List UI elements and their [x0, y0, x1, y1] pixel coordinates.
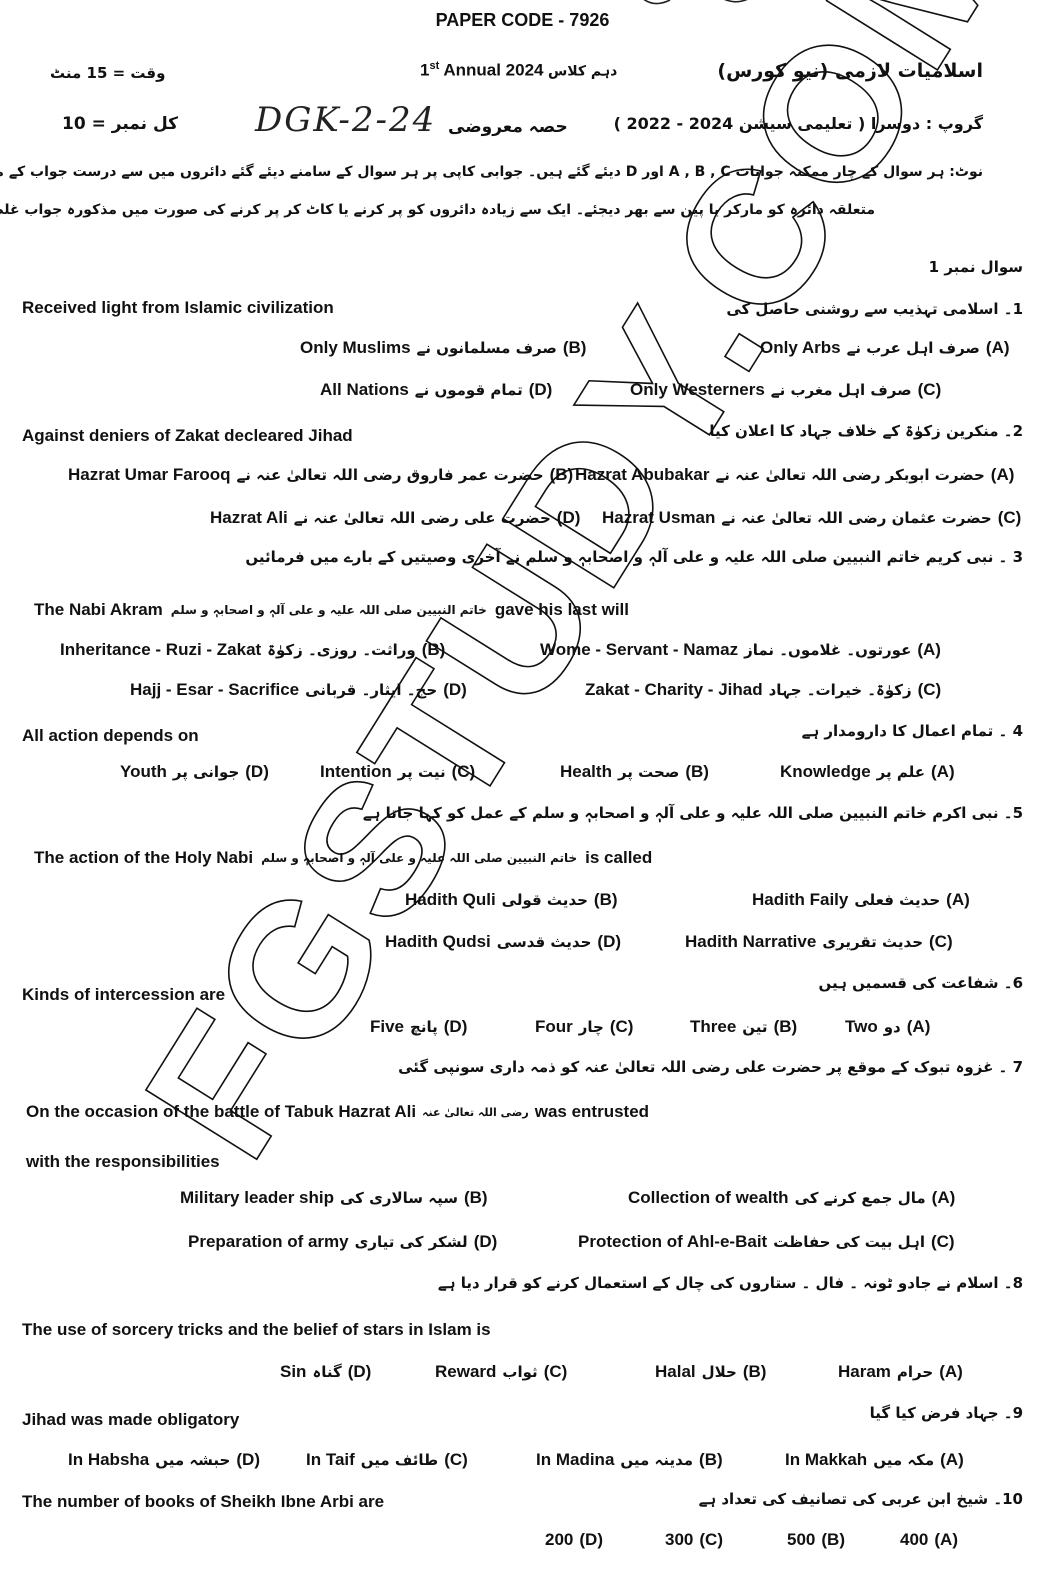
stamp-fragment-icon	[640, 0, 770, 8]
question-7-english-line-2: with the responsibilities	[26, 1152, 220, 1172]
option-letter: (B)	[821, 1530, 845, 1550]
option-urdu: حدیث فعلی	[854, 891, 940, 909]
group-session: گروپ : دوسرا ( تعلیمی سیشن 2024 - 2022 )	[614, 114, 983, 133]
option-urdu: حدیث تقریری	[822, 933, 923, 951]
option-urdu: نیت پر	[398, 763, 446, 781]
option-6-c[interactable]: Fourچار(C)	[535, 1017, 633, 1037]
question-3-urdu: 3 ۔ نبی کریم خاتم النبیین صلی اللہ علیہ …	[245, 548, 1023, 566]
option-3-d[interactable]: Hajj - Esar - Sacrificeحج۔ ایثار۔ قربانی…	[130, 680, 467, 700]
question-10-english: The number of books of Sheikh Ibne Arbi …	[22, 1492, 384, 1512]
option-1-d[interactable]: All Nationsتمام قوموں نے(D)	[320, 380, 552, 400]
option-letter: (B)	[464, 1188, 488, 1208]
option-urdu: سپہ سالاری کی	[340, 1189, 458, 1207]
question-heading: سوال نمبر 1	[929, 258, 1023, 276]
option-english: Hadith Faily	[752, 890, 848, 910]
option-letter: (B)	[594, 890, 618, 910]
option-english: In Habsha	[68, 1450, 149, 1470]
option-english: All Nations	[320, 380, 409, 400]
question-2-urdu: 2۔ منکرین زکوٰۃ کے خلاف جہاد کا اعلان کی…	[709, 422, 1023, 440]
option-7-a[interactable]: Collection of wealthمال جمع کرنے کی(A)	[628, 1188, 955, 1208]
option-letter: (B)	[550, 465, 574, 485]
option-english: Only Muslims	[300, 338, 411, 358]
option-letter: (A)	[932, 1188, 956, 1208]
option-urdu: حلال	[702, 1363, 737, 1381]
option-3-a[interactable]: Wome - Servant - Namazعورتوں۔ غلاموں۔ نم…	[540, 640, 941, 660]
question-text-post: is called	[585, 848, 652, 868]
option-urdu: وراثت۔ روزی۔ زکوٰۃ	[267, 641, 416, 659]
option-urdu: زکوٰۃ۔ خیرات۔ جہاد	[769, 681, 912, 699]
option-2-d[interactable]: Hazrat Aliحضرت علی رضی اللہ تعالیٰ عنہ ن…	[210, 508, 580, 528]
option-english: Hadith Qudsi	[385, 932, 491, 952]
exam-rest: Annual 2024	[439, 60, 543, 79]
option-urdu: تین	[742, 1018, 767, 1036]
total-marks: کل نمبر = 10	[62, 114, 178, 134]
instructions-line-1: نوٹ: ہر سوال کے چار ممکنہ جوابات A , B ,…	[0, 164, 983, 180]
option-letter: (A)	[931, 762, 955, 782]
option-english: Hazrat Usman	[602, 508, 715, 528]
option-english: Sin	[280, 1362, 306, 1382]
option-8-b[interactable]: Halalحلال(B)	[655, 1362, 766, 1382]
option-letter: (D)	[348, 1362, 372, 1382]
question-10-urdu: 10۔ شیخ ابن عربی کی تصانیف کی تعداد ہے	[699, 1490, 1023, 1508]
option-english: Only Arbs	[760, 338, 841, 358]
option-1-b[interactable]: Only Muslimsصرف مسلمانوں نے(B)	[300, 338, 586, 358]
time-allowed: وقت = 15 منٹ	[50, 64, 165, 82]
option-urdu: طائف میں	[361, 1451, 438, 1469]
option-3-b[interactable]: Inheritance - Ruzi - Zakatوراثت۔ روزی۔ ز…	[60, 640, 445, 660]
option-6-b[interactable]: Threeتین(B)	[690, 1017, 797, 1037]
option-english: Preparation of army	[188, 1232, 349, 1252]
option-urdu: حدیث قولی	[502, 891, 588, 909]
option-letter: (D)	[597, 932, 621, 952]
subject-title: اسلامیات لازمی (نیو کورس)	[717, 60, 983, 82]
option-5-d[interactable]: Hadith Qudsiحدیث قدسی(D)	[385, 932, 621, 952]
question-3-english: The Nabi Akramخاتم النبیین صلی اللہ علیہ…	[34, 600, 629, 620]
option-urdu: ثواب	[502, 1363, 537, 1381]
exam-title: 1st Annual 2024 دہم کلاس	[420, 60, 617, 80]
option-letter: (C)	[931, 1232, 955, 1252]
option-english: Halal	[655, 1362, 696, 1382]
option-english: Zakat - Charity - Jihad	[585, 680, 763, 700]
option-9-d[interactable]: In Habshaحبشہ میں(D)	[68, 1450, 260, 1470]
class-label: دہم کلاس	[548, 63, 617, 79]
option-5-b[interactable]: Hadith Quliحدیث قولی(B)	[405, 890, 618, 910]
question-7-english: On the occasion of the battle of Tabuk H…	[26, 1102, 649, 1122]
question-2-english: Against deniers of Zakat decleared Jihad	[22, 426, 353, 446]
question-8-english: The use of sorcery tricks and the belief…	[22, 1320, 491, 1340]
option-5-a[interactable]: Hadith Failyحدیث فعلی(A)	[752, 890, 970, 910]
option-letter: (C)	[444, 1450, 468, 1470]
option-letter: (B)	[743, 1362, 767, 1382]
option-letter: (B)	[563, 338, 587, 358]
question-text-post: was entrusted	[535, 1102, 649, 1122]
option-letter: (C)	[452, 762, 476, 782]
option-urdu: عورتوں۔ غلاموں۔ نماز	[744, 641, 911, 659]
option-english: Knowledge	[780, 762, 871, 782]
option-urdu: حبشہ میں	[155, 1451, 230, 1469]
option-letter: (A)	[946, 890, 970, 910]
option-english: Haram	[838, 1362, 891, 1382]
option-letter: (A)	[917, 640, 941, 660]
option-7-b[interactable]: Military leader shipسپہ سالاری کی(B)	[180, 1188, 488, 1208]
question-8-urdu: 8۔ اسلام نے جادو ٹونہ ۔ فال ۔ ستاروں کی …	[438, 1274, 1023, 1292]
option-urdu: صحت پر	[618, 763, 679, 781]
option-urdu: صرف اہل مغرب نے	[771, 381, 912, 399]
option-letter: (C)	[544, 1362, 568, 1382]
option-4-b[interactable]: Healthصحت پر(B)	[560, 762, 709, 782]
option-6-d[interactable]: Fiveپانچ(D)	[370, 1017, 467, 1037]
option-5-c[interactable]: Hadith Narrativeحدیث تقریری(C)	[685, 932, 953, 952]
question-5-urdu: 5۔ نبی اکرم خاتم النبیین صلی اللہ علیہ و…	[363, 804, 1023, 822]
option-english: Only Westerners	[630, 380, 765, 400]
option-10-b[interactable]: 500(B)	[787, 1530, 845, 1550]
option-letter: (A)	[991, 465, 1015, 485]
option-urdu: صرف مسلمانوں نے	[417, 339, 557, 357]
question-7-urdu: 7 ۔ غزوہ تبوک کے موقع پر حضرت علی رضی ال…	[398, 1058, 1023, 1076]
option-letter: (C)	[918, 380, 942, 400]
option-english: Hadith Quli	[405, 890, 496, 910]
option-english: Health	[560, 762, 612, 782]
question-4-urdu: 4 ۔ تمام اعمال کا دارومدار ہے	[802, 722, 1023, 740]
option-letter: (A)	[986, 338, 1010, 358]
option-letter: (B)	[685, 762, 709, 782]
option-letter: (D)	[557, 508, 581, 528]
option-english: Two	[845, 1017, 878, 1037]
option-3-c[interactable]: Zakat - Charity - Jihadزکوٰۃ۔ خیرات۔ جہا…	[585, 680, 941, 700]
question-9-urdu: 9۔ جہاد فرض کیا گیا	[870, 1404, 1023, 1422]
option-2-a[interactable]: Hazrat Abubakarحضرت ابوبکر رضی اللہ تعال…	[575, 465, 1014, 485]
option-10-d[interactable]: 200(D)	[545, 1530, 603, 1550]
option-english: Intention	[320, 762, 392, 782]
option-urdu: صرف اہل عرب نے	[847, 339, 980, 357]
option-english: In Taif	[306, 1450, 355, 1470]
option-9-c[interactable]: In Taifطائف میں(C)	[306, 1450, 468, 1470]
option-letter: (C)	[929, 932, 953, 952]
option-4-c[interactable]: Intentionنیت پر(C)	[320, 762, 475, 782]
option-2-b[interactable]: Hazrat Umar Farooqحضرت عمر فاروق رضی الل…	[68, 465, 573, 485]
option-letter: (A)	[934, 1530, 958, 1550]
question-text-honorific: خاتم النبیین صلی اللہ علیہ و علی آلہٖ و …	[171, 603, 487, 617]
option-english: Wome - Servant - Namaz	[540, 640, 738, 660]
option-english: Hazrat Ali	[210, 508, 288, 528]
option-9-a[interactable]: In Makkahمکہ میں(A)	[785, 1450, 964, 1470]
question-text-pre: The Nabi Akram	[34, 600, 163, 620]
option-letter: (D)	[236, 1450, 260, 1470]
option-english: Hajj - Esar - Sacrifice	[130, 680, 299, 700]
question-1-urdu: 1۔ اسلامی تہذیب سے روشنی حاصل کی	[726, 300, 1023, 318]
option-english: Military leader ship	[180, 1188, 334, 1208]
option-letter: (B)	[774, 1017, 798, 1037]
option-8-d[interactable]: Sinگناہ(D)	[280, 1362, 371, 1382]
option-urdu: حرام	[897, 1363, 933, 1381]
option-urdu: گناہ	[312, 1363, 341, 1381]
option-letter: (A)	[940, 1450, 964, 1470]
option-urdu: مکہ میں	[873, 1451, 934, 1469]
option-english: Hazrat Umar Farooq	[68, 465, 230, 485]
option-english: In Madina	[536, 1450, 614, 1470]
option-english: 500	[787, 1530, 815, 1550]
option-english: Three	[690, 1017, 736, 1037]
option-letter: (C)	[610, 1017, 634, 1037]
option-7-c[interactable]: Protection of Ahl-e-Baitاہل بیت کی حفاظت…	[578, 1232, 955, 1252]
question-text-pre: The action of the Holy Nabi	[34, 848, 253, 868]
option-letter: (D)	[529, 380, 553, 400]
question-1-english: Received light from Islamic civilization	[22, 298, 334, 318]
option-english: Hazrat Abubakar	[575, 465, 709, 485]
option-urdu: اہل بیت کی حفاظت	[773, 1233, 925, 1251]
option-8-a[interactable]: Haramحرام(A)	[838, 1362, 963, 1382]
option-urdu: حضرت ابوبکر رضی اللہ تعالیٰ عنہ نے	[715, 466, 984, 484]
option-urdu: حضرت عمر فاروق رضی اللہ تعالیٰ عنہ نے	[236, 466, 543, 484]
option-4-a[interactable]: Knowledgeعلم پر(A)	[780, 762, 955, 782]
question-6-urdu: 6۔ شفاعت کی قسمیں ہیں	[819, 974, 1024, 992]
option-8-c[interactable]: Rewardثواب(C)	[435, 1362, 567, 1382]
option-9-b[interactable]: In Madinaمدینہ میں(B)	[536, 1450, 723, 1470]
option-letter: (D)	[443, 680, 467, 700]
option-english: In Makkah	[785, 1450, 867, 1470]
option-6-a[interactable]: Twoدو(A)	[845, 1017, 930, 1037]
option-4-d[interactable]: Youthجوانی پر(D)	[120, 762, 269, 782]
option-urdu: چار	[579, 1018, 604, 1036]
question-text-pre: On the occasion of the battle of Tabuk H…	[26, 1102, 416, 1122]
option-urdu: مدینہ میں	[620, 1451, 693, 1469]
option-letter: (A)	[939, 1362, 963, 1382]
option-english: Collection of wealth	[628, 1188, 789, 1208]
option-english: Youth	[120, 762, 167, 782]
option-english: Hadith Narrative	[685, 932, 816, 952]
exam-sup: st	[429, 60, 439, 72]
question-9-english: Jihad was made obligatory	[22, 1410, 239, 1430]
question-text-post: gave his last will	[495, 600, 629, 620]
question-6-english: Kinds of intercession are	[22, 985, 225, 1005]
option-english: Reward	[435, 1362, 496, 1382]
option-letter: (B)	[699, 1450, 723, 1470]
option-urdu: حضرت عثمان رضی اللہ تعالیٰ عنہ نے	[721, 509, 991, 527]
handwritten-code: DGK-2-24	[255, 100, 436, 140]
option-10-a[interactable]: 400(A)	[900, 1530, 958, 1550]
option-letter: (D)	[474, 1232, 498, 1252]
option-letter: (C)	[998, 508, 1022, 528]
option-letter: (C)	[918, 680, 942, 700]
option-english: Protection of Ahl-e-Bait	[578, 1232, 767, 1252]
option-1-c[interactable]: Only Westernersصرف اہل مغرب نے(C)	[630, 380, 941, 400]
option-urdu: لشکر کی تیاری	[355, 1233, 468, 1251]
option-urdu: پانچ	[410, 1018, 438, 1036]
paper-code: PAPER CODE - 7926	[0, 10, 1045, 31]
option-urdu: علم پر	[877, 763, 925, 781]
option-letter: (C)	[699, 1530, 723, 1550]
option-letter: (D)	[245, 762, 269, 782]
option-letter: (D)	[444, 1017, 468, 1037]
question-text-honorific: رضی اللہ تعالیٰ عنہ	[422, 1106, 529, 1119]
option-2-c[interactable]: Hazrat Usmanحضرت عثمان رضی اللہ تعالیٰ ع…	[602, 508, 1021, 528]
option-10-c[interactable]: 300(C)	[665, 1530, 723, 1550]
section-label: حصہ معروضی	[448, 116, 568, 137]
option-english: 300	[665, 1530, 693, 1550]
option-english: 400	[900, 1530, 928, 1550]
option-urdu: تمام قوموں نے	[415, 381, 523, 399]
question-text-honorific: خاتم النبیین صلی اللہ علیہ و علی آلہٖ و …	[261, 851, 577, 865]
instructions-line-2: متعلقہ دائرہ کو مارکر یا پین سے بھر دیجئ…	[0, 202, 875, 218]
option-urdu: حضرت علی رضی اللہ تعالیٰ عنہ نے	[294, 509, 551, 527]
option-7-d[interactable]: Preparation of armyلشکر کی تیاری(D)	[188, 1232, 497, 1252]
option-urdu: مال جمع کرنے کی	[795, 1189, 926, 1207]
option-letter: (D)	[579, 1530, 603, 1550]
option-urdu: جوانی پر	[173, 763, 239, 781]
option-urdu: حج۔ ایثار۔ قربانی	[305, 681, 437, 699]
option-urdu: حدیث قدسی	[497, 933, 592, 951]
option-english: Four	[535, 1017, 573, 1037]
option-letter: (B)	[422, 640, 446, 660]
option-urdu: دو	[884, 1018, 901, 1036]
option-english: Five	[370, 1017, 404, 1037]
option-english: Inheritance - Ruzi - Zakat	[60, 640, 261, 660]
question-4-english: All action depends on	[22, 726, 199, 746]
option-1-a[interactable]: Only Arbsصرف اہل عرب نے(A)	[760, 338, 1010, 358]
question-5-english: The action of the Holy Nabiخاتم النبیین …	[34, 848, 652, 868]
option-letter: (A)	[907, 1017, 931, 1037]
option-english: 200	[545, 1530, 573, 1550]
